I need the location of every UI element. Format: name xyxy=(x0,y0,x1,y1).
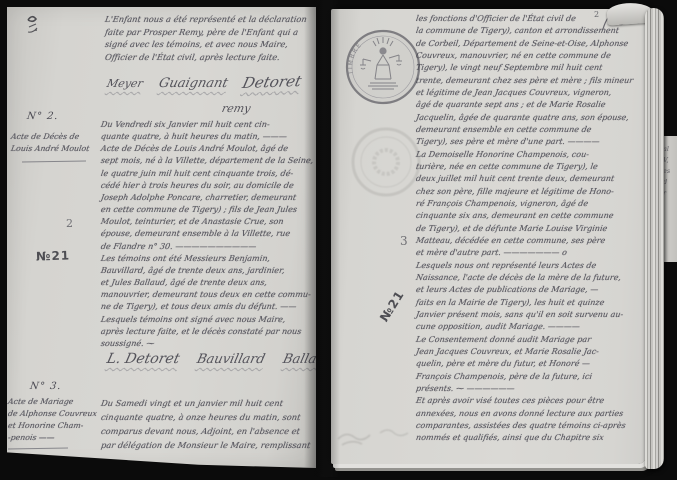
edge-text-fragment: r xyxy=(663,188,677,199)
margin-note-act3: Acte de Mariagede Alphonse Couvreuxet Ho… xyxy=(7,396,103,444)
manuscript-line: comparantes, assistées des quatre témoin… xyxy=(415,420,653,432)
manuscript-line: Acte de Décès de Louis André Moulot, âgé… xyxy=(100,142,326,154)
signature: Meyer xyxy=(105,77,144,90)
manuscript-line: faits en la Mairie de Tigery), les huit … xyxy=(415,297,653,309)
margin-note-line: de Alphonse Couvreux xyxy=(7,408,105,420)
embossed-dry-stamp-icon xyxy=(350,126,422,198)
signature: Bauvillard xyxy=(196,352,267,367)
margin-note-line: -penois —— xyxy=(7,432,105,444)
manuscript-line: cédé hier à trois heures du soir, au dom… xyxy=(100,179,326,191)
manuscript-line: Joseph Adolphe Poncare, charretier, deme… xyxy=(100,191,326,203)
manuscript-line: Officier de l'État civil, après lecture … xyxy=(104,51,328,64)
manuscript-line: Lesquels témoins ont signé avec nous Mai… xyxy=(100,313,326,325)
margin-note-act2: Acte de Décès deLouis André Moulot xyxy=(10,131,106,155)
manuscript-line: Janvier présent mois, sans qu'il en soit… xyxy=(415,309,653,321)
manuscript-line: et mère d'autre part. ——————— o xyxy=(415,247,653,259)
manuscript-line: Du Samedi vingt et un janvier mil huit c… xyxy=(100,396,330,410)
manuscript-line: ne de Tigery), et tous deux amis du défu… xyxy=(100,300,326,312)
margin-note-line: Louis André Moulot xyxy=(10,143,108,155)
signature: Guaignant xyxy=(157,76,229,91)
manuscript-line: la commune de Tigery), canton et arrondi… xyxy=(415,25,653,37)
manuscript-line: en cette commune de Tigery) ; fils de Je… xyxy=(100,203,326,215)
manuscript-line: comparus devant nous, Adjoint, en l'abse… xyxy=(100,424,330,438)
manuscript-line: cinquante quatre, à onze heures du matin… xyxy=(100,410,330,424)
manuscript-line: Jacquelin, âgée de quarante quatre ans, … xyxy=(415,112,653,124)
manuscript-line: Du Vendredi six Janvier mil huit cent ci… xyxy=(100,118,326,130)
act-number-stamp: №21 xyxy=(36,248,71,263)
manuscript-line: Lesquels nous ont représenté leurs Actes… xyxy=(415,260,653,272)
pencil-folio-number: 3 xyxy=(400,234,408,248)
manuscript-line: Les témoins ont été Messieurs Benjamin, xyxy=(100,252,326,264)
signature: L. Detoret xyxy=(105,351,181,367)
book-fore-edge xyxy=(645,8,664,469)
manuscript-line: Jean Jacques Couvreux, et Marie Rosalie … xyxy=(415,346,653,358)
ink-blot xyxy=(24,14,42,38)
manuscript-line: et leurs Actes de publications de Mariag… xyxy=(415,284,653,296)
manuscript-line: après lecture faite, et le décès constat… xyxy=(100,325,326,337)
manuscript-line: de Corbeil, Département de Seine-et-Oise… xyxy=(415,38,653,50)
signature-remy: remy xyxy=(221,102,252,115)
margin-underline xyxy=(22,160,86,162)
margin-act-number-3: N° 3. xyxy=(29,381,62,392)
manuscript-line: Et après avoir visé toutes ces pièces po… xyxy=(415,395,653,407)
manuscript-line: cune opposition, audit Mariage. ———— xyxy=(415,321,653,333)
edge-text-fragment: al xyxy=(663,144,677,155)
manuscript-line: Moulot, teinturier, et de Anastasie Crue… xyxy=(100,215,326,227)
margin-underline xyxy=(8,447,68,449)
manuscript-line: et légitime de Jean Jacques Couvreux, vi… xyxy=(415,87,653,99)
left-page: L'Enfant nous a été représenté et la déc… xyxy=(7,7,316,468)
manuscript-line: de Flandre n° 30. —————————— xyxy=(100,240,326,252)
manuscript-line: quante quatre, à huit heures du matin, —… xyxy=(100,130,326,142)
act3-marriage-record-text: les fonctions d'Officier de l'État civil… xyxy=(415,13,651,444)
signatures-act2: L. DetoretBauvillardBallaud xyxy=(107,351,333,367)
manuscript-line: Couvreux, manouvrier, né en cette commun… xyxy=(415,50,653,62)
act3-marriage-record-opening: Du Samedi vingt et un janvier mil huit c… xyxy=(100,396,328,452)
margin-note-line: Acte de Mariage xyxy=(7,396,105,408)
manuscript-line: épouse, demeurant ensemble à la Villette… xyxy=(100,227,326,239)
manuscript-line: demeurant ensemble en cette commune de xyxy=(415,124,653,136)
manuscript-line: soussigné. ⁓ xyxy=(100,337,326,349)
act-number-stamp: №21 xyxy=(377,288,407,324)
right-page: TIMBRE 2 les fonctions d'Officier de l'É… xyxy=(331,9,646,464)
manuscript-line: trente, demeurant chez ses père et mère … xyxy=(415,75,653,87)
signature: Ballaud xyxy=(281,352,335,367)
ink-bleed-through xyxy=(336,425,416,449)
manuscript-line: turière, née en cette commune de Tigery)… xyxy=(415,161,653,173)
manuscript-line: Le Consentement donné audit Mariage par xyxy=(415,334,653,346)
act1-closing-paragraph: L'Enfant nous a été représenté et la déc… xyxy=(104,13,326,63)
manuscript-line: le quatre juin mil huit cent cinquante t… xyxy=(100,167,326,179)
edge-text-fragment: V, xyxy=(663,155,677,166)
manuscript-line: François Champenois, père de la future, … xyxy=(415,371,653,383)
manuscript-line: Bauvillard, âgé de trente deux ans, jard… xyxy=(100,264,326,276)
manuscript-line: deux juillet mil huit cent trente deux, … xyxy=(415,173,653,185)
edge-text-fragment: d xyxy=(663,177,677,188)
manuscript-line: L'Enfant nous a été représenté et la déc… xyxy=(104,13,328,26)
manuscript-line: cinquante six ans, demeurant en cette co… xyxy=(415,210,653,222)
manuscript-line: âgé de quarante sept ans ; et de Marie R… xyxy=(415,99,653,111)
manuscript-line: Tigery), ses père et mère d'une part. ——… xyxy=(415,136,653,148)
pencil-folio-number: 2 xyxy=(66,217,73,230)
manuscript-line: nommés et qualifiés, ainsi que du Chapit… xyxy=(415,432,653,444)
margin-note-line: Acte de Décès de xyxy=(10,131,108,143)
manuscript-line: ré François Champenois, vigneron, âgé de xyxy=(415,198,653,210)
manuscript-line: manouvrier, demeurant tous deux en cette… xyxy=(100,288,326,300)
manuscript-line: signé avec les témoins, et avec nous Mai… xyxy=(104,38,328,51)
manuscript-line: Matteau, décédée en cette commune, ses p… xyxy=(415,235,653,247)
manuscript-line: Naissance, l'acte de décès de la mère de… xyxy=(415,272,653,284)
act2-death-record-text: Du Vendredi six Janvier mil huit cent ci… xyxy=(100,118,324,349)
margin-note-line: et Honorine Cham- xyxy=(7,420,105,432)
manuscript-line: présents. ⁓ —————— xyxy=(415,383,653,395)
manuscript-line: par délégation de Monsieur le Maire, rem… xyxy=(100,438,330,452)
manuscript-line: annexées, nous en avons donné lecture au… xyxy=(415,408,653,420)
margin-act-number-2: N° 2. xyxy=(26,111,59,122)
manuscript-line: de Tigery), et de défunte Marie Louise V… xyxy=(415,223,653,235)
manuscript-line: et Jules Ballaud, âgé de trente deux ans… xyxy=(100,276,326,288)
next-page-sliver: alV,esdr xyxy=(663,136,677,262)
edge-text-fragment: es xyxy=(663,166,677,177)
manuscript-line: chez son père, fille majeure et légitime… xyxy=(415,186,653,198)
manuscript-line: faite par Prosper Remy, père de l'Enfant… xyxy=(104,26,328,39)
signature: Detoret xyxy=(241,72,304,92)
manuscript-line: Tigery), le vingt neuf Septembre mil hui… xyxy=(415,62,653,74)
manuscript-line: La Demoiselle Honorine Champenois, cou- xyxy=(415,149,653,161)
manuscript-line: sept mois, né à la Villette, département… xyxy=(100,154,326,166)
manuscript-line: quelin, père et mère du futur, et Honoré… xyxy=(415,358,653,370)
signatures-act1: MeyerGuaignantDetoret xyxy=(107,73,302,91)
fiscal-timbre-stamp-icon: TIMBRE xyxy=(344,28,422,106)
